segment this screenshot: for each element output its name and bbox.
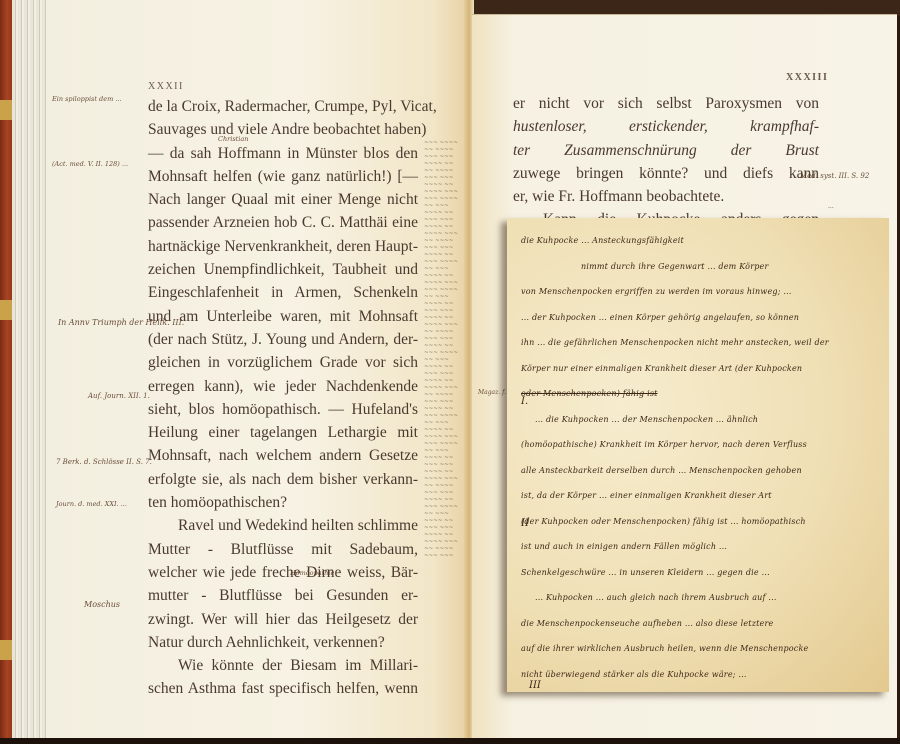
text-line: Natur durch Aehnlichkeit, verkennen? <box>148 631 418 654</box>
interlinear-note: Christian <box>218 135 248 144</box>
interlinear-note: Homöopathie <box>290 569 334 578</box>
margin-note-left: 7 Berk. d. Schlösse II. S. 7. <box>56 458 152 467</box>
text-line: erfolgte sie, als nach dem bisher verkan… <box>148 468 418 491</box>
text-line: hustenloser, erstickender, krampfhaf- <box>513 115 819 138</box>
text-line: zeichen Unempfindlichkeit, Taubheit und <box>148 258 418 281</box>
manuscript-line: nicht überwiegend stärker als die Kuhpoc… <box>521 662 881 688</box>
manuscript-line: (homöopathische) Krankheit im Körper her… <box>521 432 881 458</box>
text-line: Mohnsaft helfen (wie ganz natürlich!) [— <box>148 165 418 188</box>
margin-note-left: In Annv Triumph der Heilk. III. <box>58 318 184 327</box>
margin-note-right: Med. syst. III. S. 92 <box>800 172 869 181</box>
text-line: gleichen in vorzüglichem Grade vor sich <box>148 351 418 374</box>
section-marker: III <box>529 680 541 691</box>
text-line: Ravel und Wedekind heilten schlimme <box>148 514 418 537</box>
text-line: passender Arzneien hob C. C. Matthäi ein… <box>148 211 418 234</box>
manuscript-line: nimmt durch ihre Gegenwart ... dem Körpe… <box>521 254 881 280</box>
manuscript-line: ... die Kuhpocken ... der Menschenpocken… <box>521 407 881 433</box>
manuscript-line: ist, da der Körper ... einer einmaligen … <box>521 483 881 509</box>
manuscript-line: die Kuhpocke ... Ansteckungsfähigkeit <box>521 228 881 254</box>
manuscript-line: ... Kuhpocken ... auch gleich nach ihrem… <box>521 585 881 611</box>
text-line: ter Zusammenschnürung der Brust <box>513 139 819 162</box>
margin-note-left: Journ. d. med. XXI. ... <box>56 500 127 509</box>
text-line: welcher wie jede freche Dirne weiss, Bär… <box>148 561 418 584</box>
margin-note-right: ... <box>828 202 834 211</box>
running-head-left: XXXII <box>148 81 184 92</box>
manuscript-line: ist und auch in einigen andern Fällen mö… <box>521 534 881 560</box>
text-line: zwingt. Wer will hier das Heilgesetz der <box>148 608 418 631</box>
manuscript-line: (der Kuhpocken oder Menschenpocken) fähi… <box>521 509 881 535</box>
manuscript-line: auf die ihrer wirklichen Ausbruch heilen… <box>521 636 881 662</box>
manuscript-line: Schenkelgeschwüre ... in unseren Kleider… <box>521 560 881 586</box>
page-edges <box>12 0 47 738</box>
text-line: de la Croix, Radermacher, Crumpe, Pyl, V… <box>148 95 418 118</box>
text-line: Nach langer Quaal mit einer Menge nicht <box>148 188 418 211</box>
text-line: erregen kann), wie jeder Nachdenkende <box>148 375 418 398</box>
right-page-text: er nicht vor sich selbst Paroxysmen von … <box>513 92 819 232</box>
manuscript-line: ... der Kuhpocken ... einen Körper gehör… <box>521 305 881 331</box>
manuscript-line: ihn ... die gefährlichen Menschenpocken … <box>521 330 881 356</box>
margin-note-left: Moschus <box>84 600 120 609</box>
text-line: — da sah Hoffmann in Münster blos den <box>148 142 418 165</box>
manuscript-line: die Menschenpockenseuche aufheben ... al… <box>521 611 881 637</box>
manuscript-line: von Menschenpocken ergriffen zu werden i… <box>521 279 881 305</box>
text-line: Heilung einer tagelangen Lethargie mit <box>148 421 418 444</box>
text-line: sieht, blos homöopathisch. — Hufeland's <box>148 398 418 421</box>
text-line: Wie könnte der Biesam im Millari- <box>148 654 418 677</box>
text-line: (der nach Stütz, J. Young und Andern, de… <box>148 328 418 351</box>
text-line: Mutter - Blutflüsse mit Sadebaum, <box>148 538 418 561</box>
running-head-right: XXXIII <box>786 72 828 83</box>
text-line: ten homöopathischen? <box>148 491 418 514</box>
manuscript-text: die Kuhpocke ... Ansteckungsfähigkeit ni… <box>521 228 881 687</box>
text-line: er nicht vor sich selbst Paroxysmen von <box>513 92 819 115</box>
text-line: Eingeschlafenheit in Armen, Schenkeln <box>148 281 418 304</box>
text-line: Sauvages und viele Andre beobachtet habe… <box>148 118 418 141</box>
margin-note-gutter: ~~~ ~~~~ ~~ ~~~~ ~~~ ~~~ ~~~~ ~~ ~~ ~~~~… <box>424 140 464 560</box>
manuscript-line: alle Ansteckbarkeit derselben durch ... … <box>521 458 881 484</box>
inserted-manuscript-page: die Kuhpocke ... Ansteckungsfähigkeit ni… <box>507 218 889 692</box>
margin-note-left: Ein spiloppist dem ... <box>52 95 142 104</box>
section-marker: I. <box>521 396 528 407</box>
text-line: mutter - Blutflüsse bei Gesunden er- <box>148 584 418 607</box>
text-line: Mohnsaft, nach welchem andern Gesetze <box>148 444 418 467</box>
left-page-text: de la Croix, Radermacher, Crumpe, Pyl, V… <box>148 95 418 701</box>
text-line: schen Asthma fast specifisch helfen, wen… <box>148 677 418 700</box>
background-bottom <box>0 738 900 744</box>
margin-note-left: Auf. Journ. XII. 1. <box>88 392 150 401</box>
margin-note-left: (Act. med. V. II. 128) ... <box>52 160 128 169</box>
section-marker: II <box>521 518 529 529</box>
manuscript-line: oder Menschenpocken) fähig ist <box>521 381 881 407</box>
text-line: zuwege bringen könnte? und diefs kann <box>513 162 819 185</box>
text-line: hartnäckige Nervenkrankheit, deren Haupt… <box>148 235 418 258</box>
text-line: und am Unterleibe waren, mit Mohnsaft <box>148 305 418 328</box>
manuscript-line: Körper nur einer einmaligen Krankheit di… <box>521 356 881 382</box>
text-line: er, wie Fr. Hoffmann beobachtete. <box>513 185 819 208</box>
